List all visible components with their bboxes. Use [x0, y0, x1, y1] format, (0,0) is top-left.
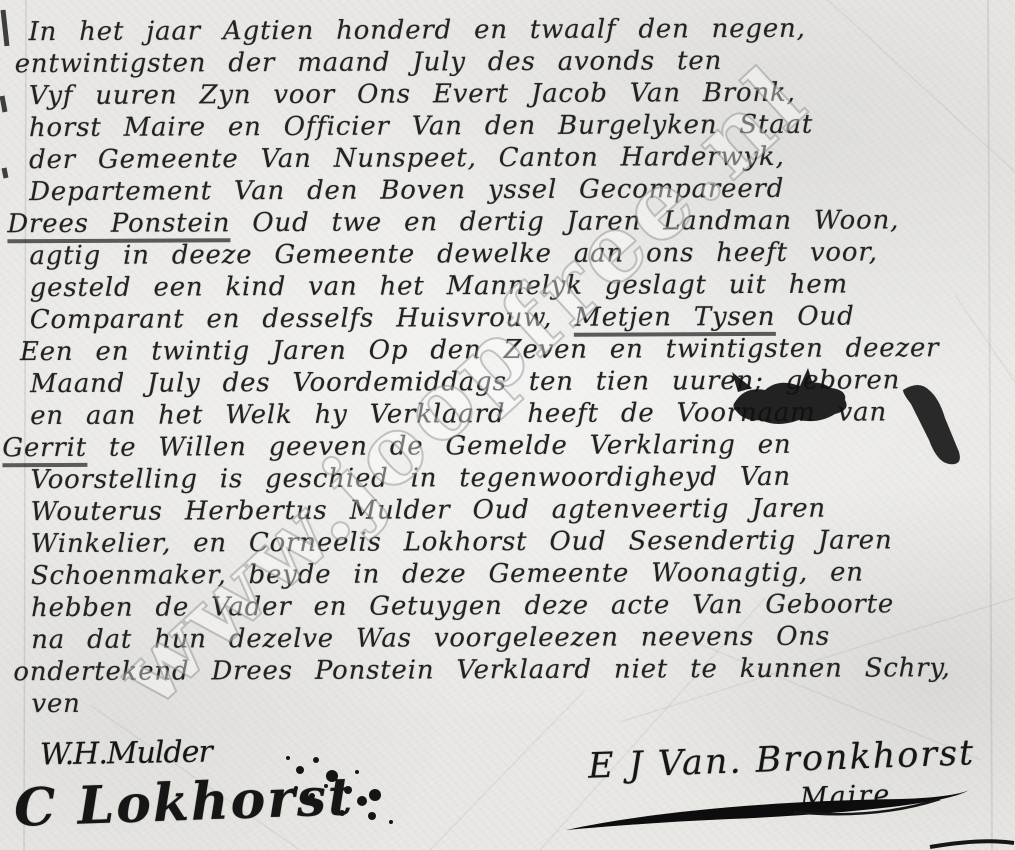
manuscript-line: Winkelier, en Corneelis Lokhorst Oud Ses… [31, 524, 1006, 560]
manuscript-segment: Een en twintig Jaren Op den Zeven en twi… [20, 333, 940, 367]
manuscript-line: entwintigsten der maand July des avonds … [15, 44, 1004, 80]
manuscript-segment: Comparant en desselfs Huisvrouw, [30, 303, 575, 335]
manuscript-line: ven [31, 684, 1006, 720]
manuscript-segment: en aan het Welk hy Verklaard heeft de Vo… [30, 397, 887, 431]
manuscript-line: Voorstelling is geschied in tegenwoordig… [30, 460, 1005, 496]
manuscript-text: In het jaar Agtien honderd en twaalf den… [28, 12, 1006, 720]
scanned-birth-record-page: www.joopfree.nl In het jaar Agtien honde… [0, 0, 1015, 850]
manuscript-segment: te Willen geeven de Gemelde Verklaring e… [87, 430, 792, 463]
scan-edge-marks [2, 10, 7, 178]
manuscript-line: agtig in deeze Gemeente dewelke aan ons … [29, 236, 1004, 272]
manuscript-segment: Departement Van den Boven yssel Gecompar… [29, 174, 784, 207]
manuscript-segment: Maand July des Voordemiddags ten tien uu… [30, 365, 900, 399]
manuscript-segment: Voorstelling is geschied in tegenwoordig… [30, 462, 791, 495]
manuscript-line: gesteld een kind van het Mannelyk geslag… [30, 268, 1005, 304]
manuscript-line: Comparant en desselfs Huisvrouw, Metjen … [30, 300, 1005, 336]
manuscript-line: Wouterus Herbertus Mulder Oud agtenveert… [31, 492, 1006, 528]
manuscript-line: hebben de Vader en Getuygen deze acte Va… [31, 588, 1006, 624]
manuscript-segment: gesteld een kind van het Mannelyk geslag… [30, 270, 848, 304]
manuscript-segment: agtig in deeze Gemeente dewelke aan ons … [29, 237, 877, 271]
manuscript-segment: ven [31, 689, 80, 719]
manuscript-segment: entwintigsten der maand July des avonds … [15, 46, 723, 79]
underlined-name: Gerrit [2, 433, 87, 467]
manuscript-line: ondertekend Drees Ponstein Verklaard nie… [13, 652, 1006, 688]
manuscript-segment: Vyf uuren Zyn voor Ons Evert Jacob Van B… [29, 78, 796, 111]
manuscript-segment: Wouterus Herbertus Mulder Oud agtenveert… [31, 494, 826, 527]
underlined-name: Metjen Tysen [574, 302, 775, 337]
manuscript-line: Departement Van den Boven yssel Gecompar… [29, 172, 1004, 208]
bottom-edge-stroke [930, 841, 1014, 847]
manuscript-line: en aan het Welk hy Verklaard heeft de Vo… [30, 396, 1005, 432]
manuscript-segment: Oud twe en dertig Jaren Landman Woon, [230, 205, 899, 238]
manuscript-line: Schoenmaker, beyde in deze Gemeente Woon… [31, 556, 1006, 592]
manuscript-line: horst Maire en Officier Van den Burgelyk… [29, 108, 1004, 144]
signature-lokhorst: C Lokhorst [13, 766, 355, 839]
manuscript-line: Maand July des Voordemiddags ten tien uu… [30, 364, 1005, 400]
manuscript-segment: Schoenmaker, beyde in deze Gemeente Woon… [31, 557, 864, 591]
underlined-name: Drees Ponstein [7, 208, 230, 243]
signature-bronkhorst: E J Van. Bronkhorst [587, 733, 975, 786]
left-margin-line [24, 0, 26, 850]
manuscript-line: Drees Ponstein Oud twe en dertig Jaren L… [7, 204, 1004, 240]
manuscript-line: Vyf uuren Zyn voor Ons Evert Jacob Van B… [29, 76, 1004, 112]
manuscript-segment: na dat hun dezelve Was voorgeleezen neev… [31, 622, 830, 655]
manuscript-line: na dat hun dezelve Was voorgeleezen neev… [31, 620, 1006, 656]
manuscript-segment: Winkelier, en Corneelis Lokhorst Oud Ses… [31, 525, 893, 559]
signature-flourish [566, 790, 969, 830]
manuscript-segment: In het jaar Agtien honderd en twaalf den… [28, 14, 805, 47]
signature-maire-title: Maire [799, 779, 891, 813]
manuscript-segment: horst Maire en Officier Van den Burgelyk… [29, 110, 813, 143]
manuscript-line: Een en twintig Jaren Op den Zeven en twi… [20, 332, 1005, 368]
manuscript-line: der Gemeente Van Nunspeet, Canton Harder… [29, 140, 1004, 176]
manuscript-segment: Oud [775, 302, 854, 332]
manuscript-segment: ondertekend Drees Ponstein Verklaard nie… [13, 653, 950, 687]
manuscript-segment: hebben de Vader en Getuygen deze acte Va… [31, 589, 894, 623]
signature-mulder: W.H.Mulder [40, 735, 212, 773]
manuscript-line: Gerrit te Willen geeven de Gemelde Verkl… [2, 428, 1005, 464]
manuscript-line: In het jaar Agtien honderd en twaalf den… [28, 12, 1003, 48]
manuscript-segment: der Gemeente Van Nunspeet, Canton Harder… [29, 142, 785, 175]
